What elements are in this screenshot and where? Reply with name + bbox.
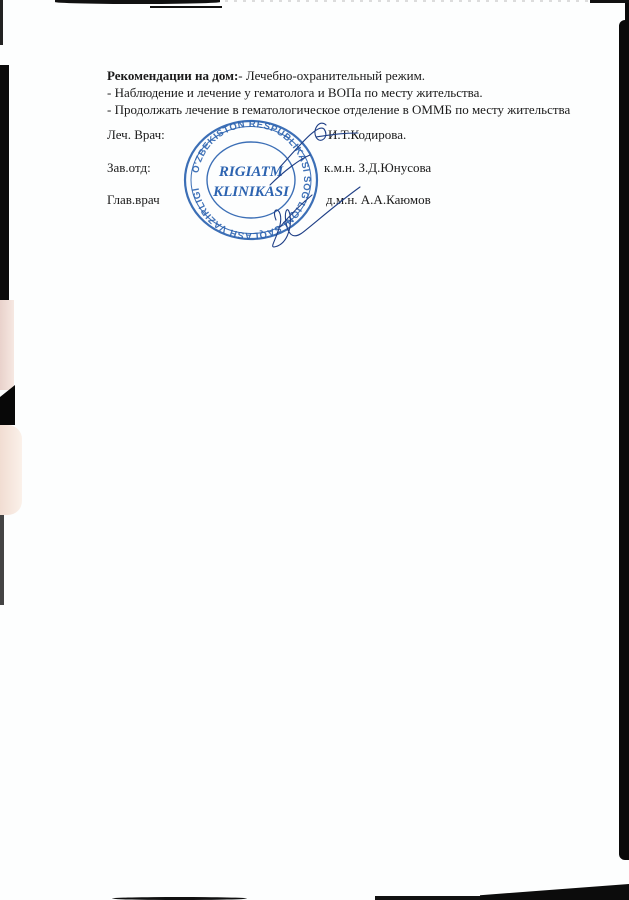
- scan-edge-top-line: [150, 6, 222, 8]
- scan-edge-bottom-mid: [375, 896, 495, 900]
- scan-edge-left-dark: [0, 385, 15, 425]
- scan-edge-left-shadow: [0, 300, 14, 390]
- handwritten-signature: [240, 115, 370, 250]
- scan-edge-left-lower: [0, 515, 4, 605]
- recommendations-section: Рекомендации на дом:- Лечебно-охранитель…: [107, 67, 570, 118]
- scan-edge-left-shadow-lower: [0, 425, 22, 515]
- signature-role-head-of-department: Зав.отд:: [107, 160, 151, 176]
- scan-edge-top: [55, 0, 220, 4]
- recommendations-first-line: Рекомендации на дом:- Лечебно-охранитель…: [107, 67, 570, 84]
- signature-role-attending: Леч. Врач:: [107, 127, 165, 143]
- scan-edge-right-top: [625, 0, 629, 20]
- recommendation-item: - Наблюдение и лечение у гематолога и ВО…: [107, 84, 570, 101]
- recommendations-heading: Рекомендации на дом:: [107, 68, 238, 83]
- signature-role-chief-physician: Глав.врач: [107, 192, 160, 208]
- recommendation-item: - Лечебно-охранительный режим.: [238, 68, 425, 83]
- scanned-document-page: Рекомендации на дом:- Лечебно-охранитель…: [0, 0, 629, 900]
- scan-edge-right: [619, 20, 629, 860]
- scan-edge-bottom-right: [480, 884, 629, 900]
- scan-edge-top-right: [590, 0, 629, 3]
- scan-edge-left-top: [0, 0, 3, 45]
- scan-edge-left: [0, 65, 9, 305]
